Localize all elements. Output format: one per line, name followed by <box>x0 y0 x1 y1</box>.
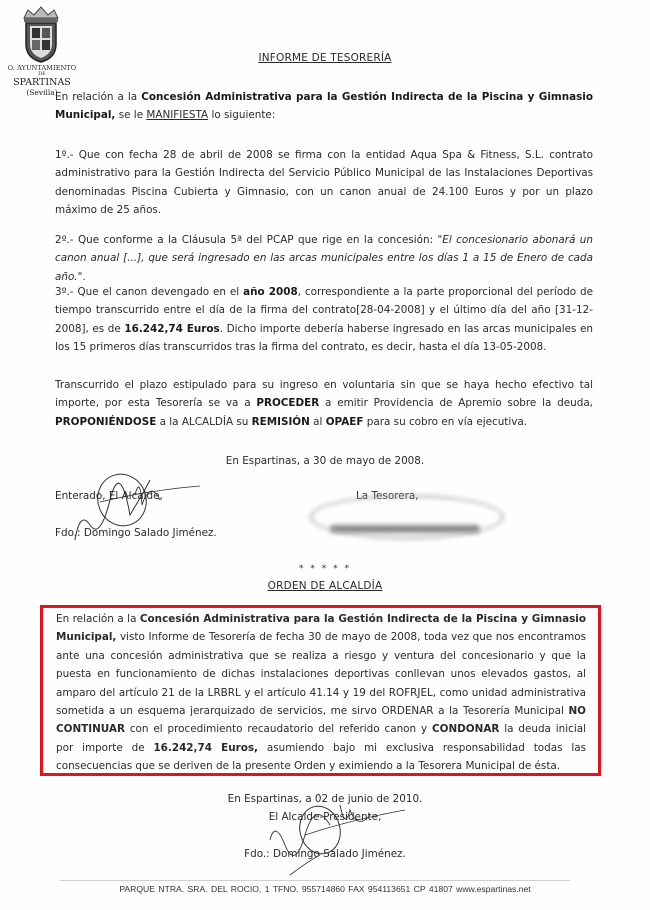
order-title: ORDEN DE ALCALDÍA <box>0 580 650 592</box>
footer-address: PARQUE NTRA. SRA. DEL ROCIO, 1 TFNO. 955… <box>0 884 650 894</box>
redacted-signature <box>310 495 504 539</box>
footer-divider <box>60 880 570 881</box>
letterhead-town-name: SPARTINAS <box>6 77 78 88</box>
report-point-3: 3º.- Que el canon devengado en el año 20… <box>55 283 593 357</box>
report-intro: En relación a la Concesión Administrativ… <box>55 88 593 125</box>
order-body: En relación a la Concesión Administrativ… <box>56 610 586 776</box>
mayor-signature-icon <box>250 800 410 880</box>
mayor-signature-icon <box>70 470 220 550</box>
report-place-date: En Espartinas, a 30 de mayo de 2008. <box>0 455 650 467</box>
order-title-text: ORDEN DE ALCALDÍA <box>268 580 383 592</box>
report-point-2: 2º.- Que conforme a la Cláusula 5ª del P… <box>55 231 593 286</box>
report-point-1: 1º.- Que con fecha 28 de abril de 2008 s… <box>55 146 593 220</box>
report-closing: Transcurrido el plazo estipulado para su… <box>55 376 593 431</box>
section-separator: * * * * * <box>0 564 650 574</box>
report-title-text: INFORME DE TESORERÍA <box>258 52 391 64</box>
report-title: INFORME DE TESORERÍA <box>0 52 650 64</box>
